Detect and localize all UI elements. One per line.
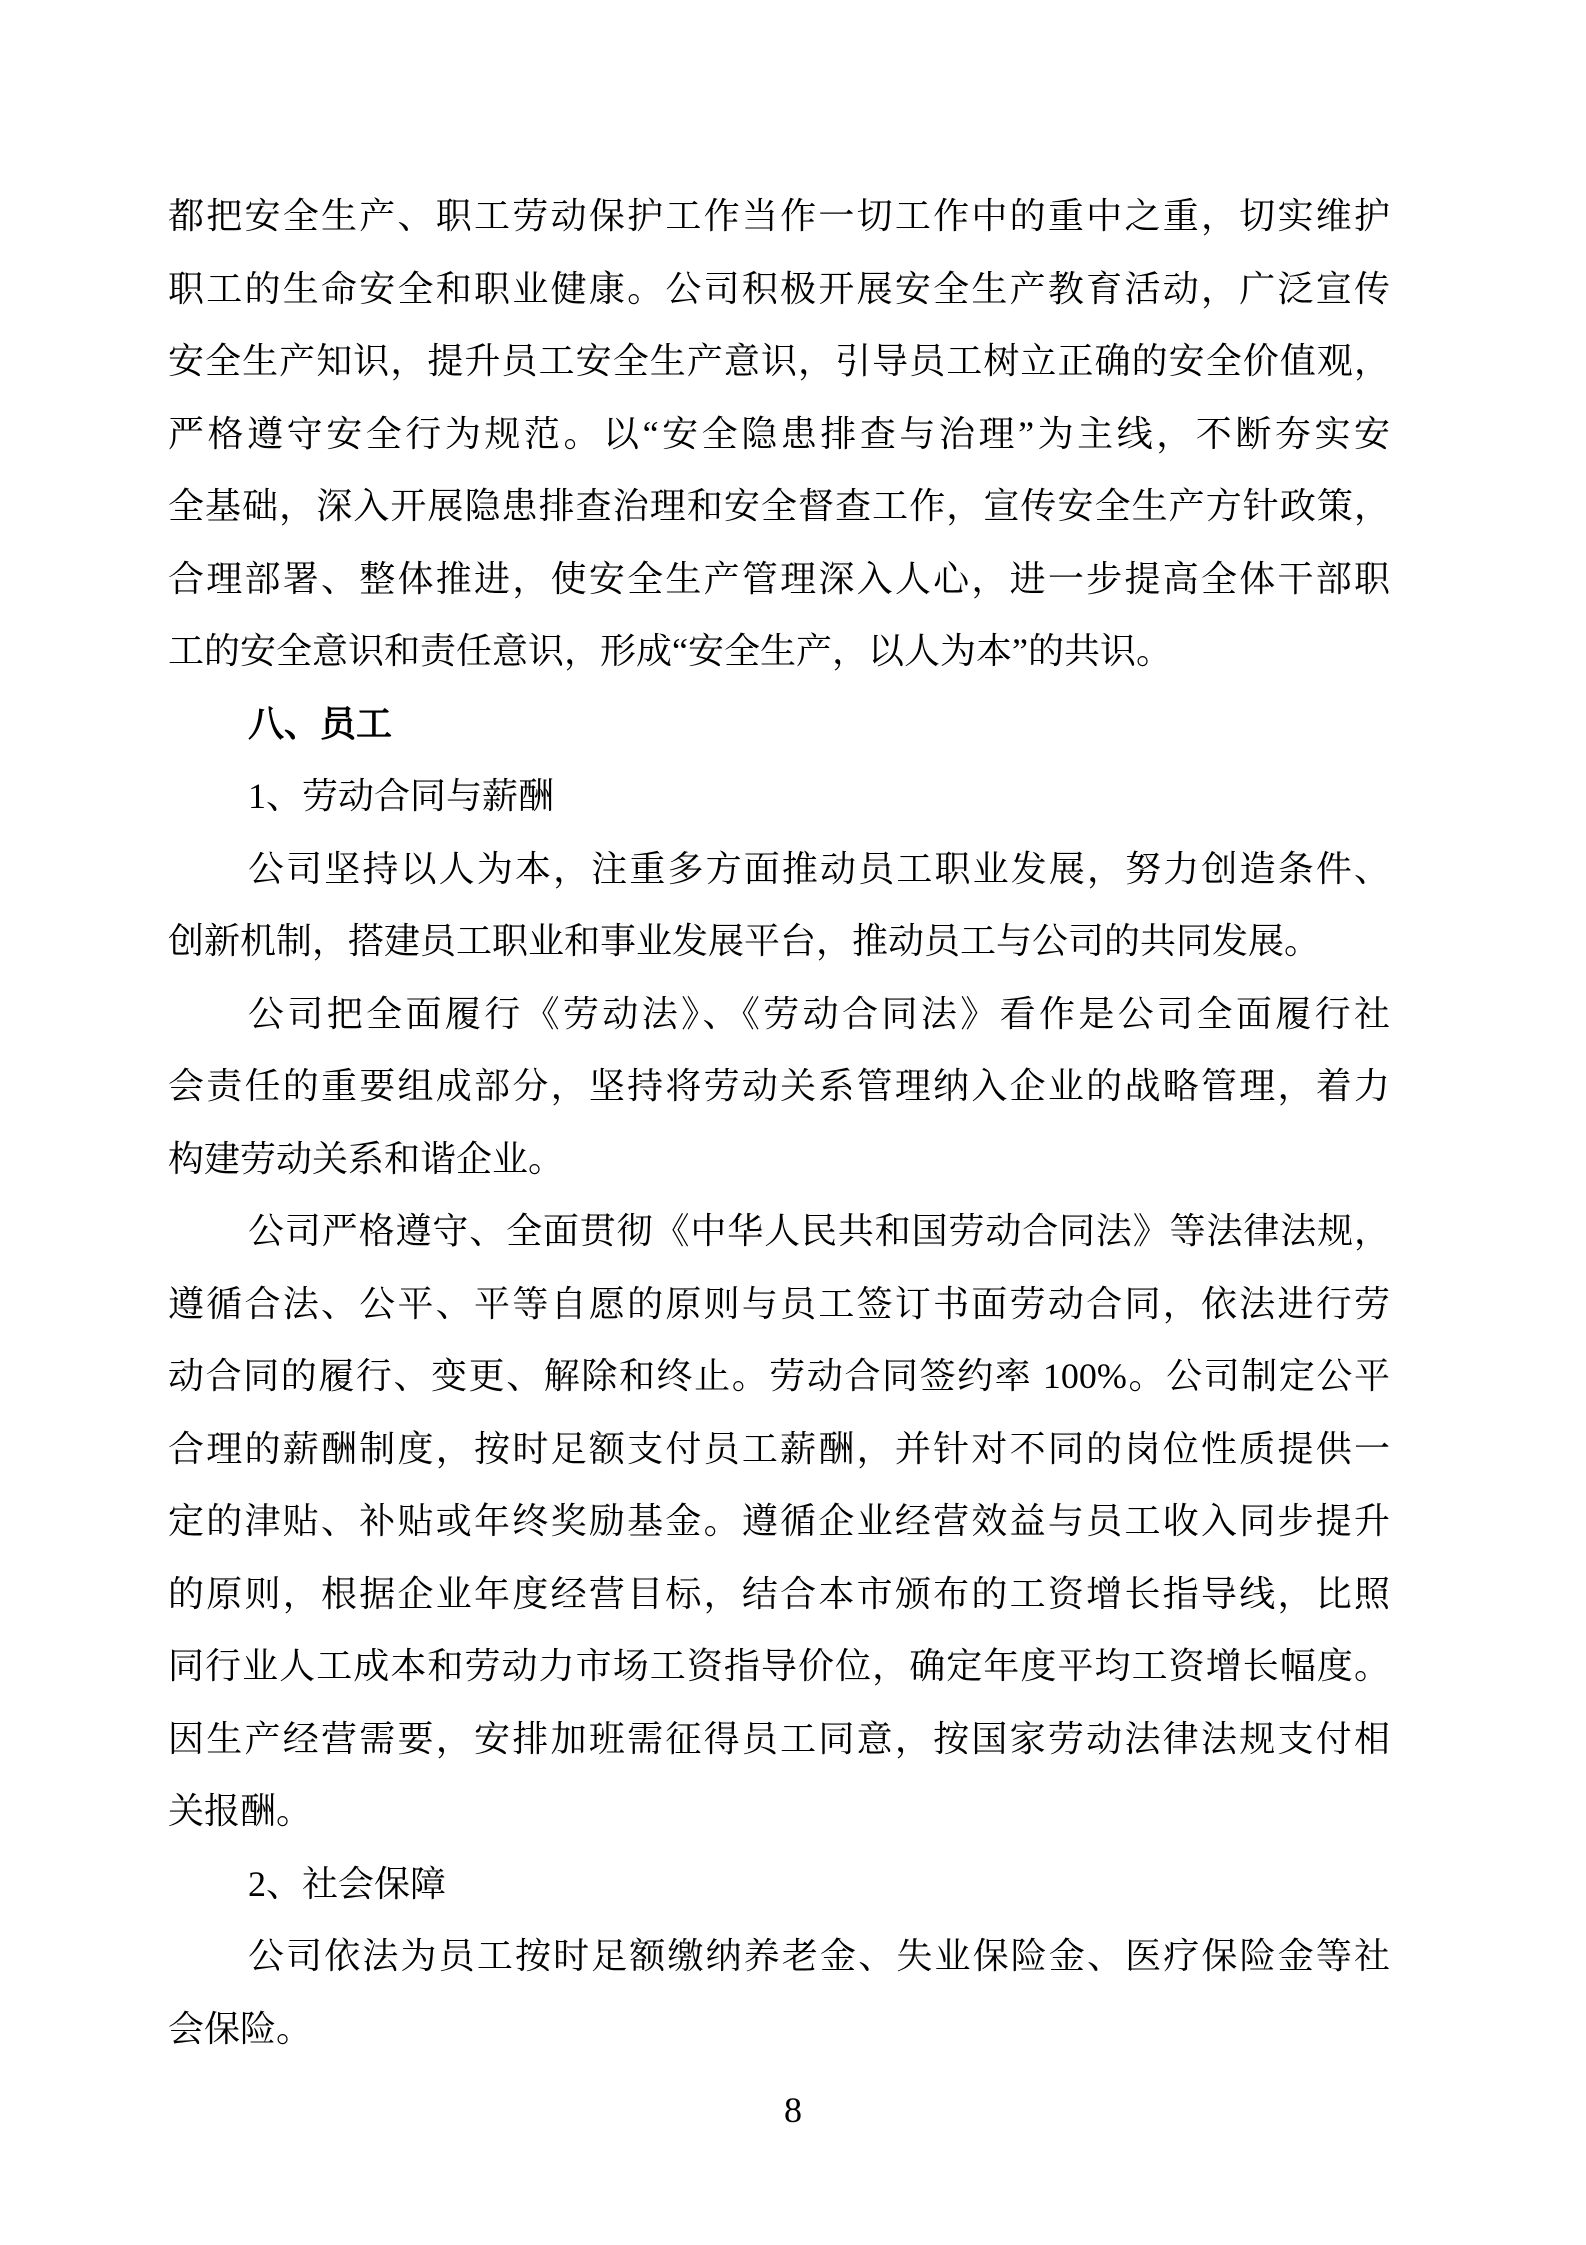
text-line: 会保险。 bbox=[168, 1993, 1390, 2066]
text-line: 公司严格遵守、全面贯彻《中华人民共和国劳动合同法》等法律法规， bbox=[168, 1195, 1390, 1268]
text-line: 定的津贴、补贴或年终奖励基金。遵循企业经营效益与员工收入同步提升 bbox=[168, 1485, 1390, 1558]
text-line: 2、社会保障 bbox=[168, 1848, 1390, 1921]
text-line: 动合同的履行、变更、解除和终止。劳动合同签约率 100%。公司制定公平 bbox=[168, 1340, 1390, 1413]
text-line: 关报酬。 bbox=[168, 1775, 1390, 1848]
text-line: 遵循合法、公平、平等自愿的原则与员工签订书面劳动合同，依法进行劳 bbox=[168, 1268, 1390, 1341]
text-line: 创新机制，搭建员工职业和事业发展平台，推动员工与公司的共同发展。 bbox=[168, 905, 1390, 978]
document-body: 都把安全生产、职工劳动保护工作当作一切工作中的重中之重，切实维护职工的生命安全和… bbox=[168, 180, 1390, 2065]
body-paragraph: 公司依法为员工按时足额缴纳养老金、失业保险金、医疗保险金等社会保险。 bbox=[168, 1920, 1390, 2065]
text-line: 都把安全生产、职工劳动保护工作当作一切工作中的重中之重，切实维护 bbox=[168, 180, 1390, 253]
text-line: 安全生产知识，提升员工安全生产意识，引导员工树立正确的安全价值观， bbox=[168, 325, 1390, 398]
body-paragraph: 公司坚持以人为本，注重多方面推动员工职业发展，努力创造条件、创新机制，搭建员工职… bbox=[168, 833, 1390, 978]
text-line: 公司把全面履行《劳动法》、《劳动合同法》看作是公司全面履行社 bbox=[168, 978, 1390, 1051]
text-line: 因生产经营需要，安排加班需征得员工同意，按国家劳动法律法规支付相 bbox=[168, 1703, 1390, 1776]
sub-heading: 2、社会保障 bbox=[168, 1848, 1390, 1921]
body-paragraph: 公司严格遵守、全面贯彻《中华人民共和国劳动合同法》等法律法规，遵循合法、公平、平… bbox=[168, 1195, 1390, 1848]
text-line: 1、劳动合同与薪酬 bbox=[168, 760, 1390, 833]
body-paragraph: 都把安全生产、职工劳动保护工作当作一切工作中的重中之重，切实维护职工的生命安全和… bbox=[168, 180, 1390, 688]
body-paragraph: 公司把全面履行《劳动法》、《劳动合同法》看作是公司全面履行社会责任的重要组成部分… bbox=[168, 978, 1390, 1196]
text-line: 工的安全意识和责任意识，形成“安全生产，以人为本”的共识。 bbox=[168, 615, 1390, 688]
text-line: 会责任的重要组成部分，坚持将劳动关系管理纳入企业的战略管理，着力 bbox=[168, 1050, 1390, 1123]
text-line: 的原则，根据企业年度经营目标，结合本市颁布的工资增长指导线，比照 bbox=[168, 1558, 1390, 1631]
text-line: 合理部署、整体推进，使安全生产管理深入人心，进一步提高全体干部职 bbox=[168, 543, 1390, 616]
text-line: 八、员工 bbox=[168, 688, 1390, 761]
text-line: 公司依法为员工按时足额缴纳养老金、失业保险金、医疗保险金等社 bbox=[168, 1920, 1390, 1993]
section-heading: 八、员工 bbox=[168, 688, 1390, 761]
text-line: 公司坚持以人为本，注重多方面推动员工职业发展，努力创造条件、 bbox=[168, 833, 1390, 906]
text-line: 构建劳动关系和谐企业。 bbox=[168, 1123, 1390, 1196]
text-line: 全基础，深入开展隐患排查治理和安全督查工作，宣传安全生产方针政策， bbox=[168, 470, 1390, 543]
text-line: 同行业人工成本和劳动力市场工资指导价位，确定年度平均工资增长幅度。 bbox=[168, 1630, 1390, 1703]
page-number: 8 bbox=[0, 2088, 1586, 2132]
text-line: 职工的生命安全和职业健康。公司积极开展安全生产教育活动，广泛宣传 bbox=[168, 253, 1390, 326]
document-page: { "page": { "number": "8" }, "document":… bbox=[0, 0, 1586, 2245]
sub-heading: 1、劳动合同与薪酬 bbox=[168, 760, 1390, 833]
text-line: 严格遵守安全行为规范。以“安全隐患排查与治理”为主线，不断夯实安 bbox=[168, 398, 1390, 471]
text-line: 合理的薪酬制度，按时足额支付员工薪酬，并针对不同的岗位性质提供一 bbox=[168, 1413, 1390, 1486]
